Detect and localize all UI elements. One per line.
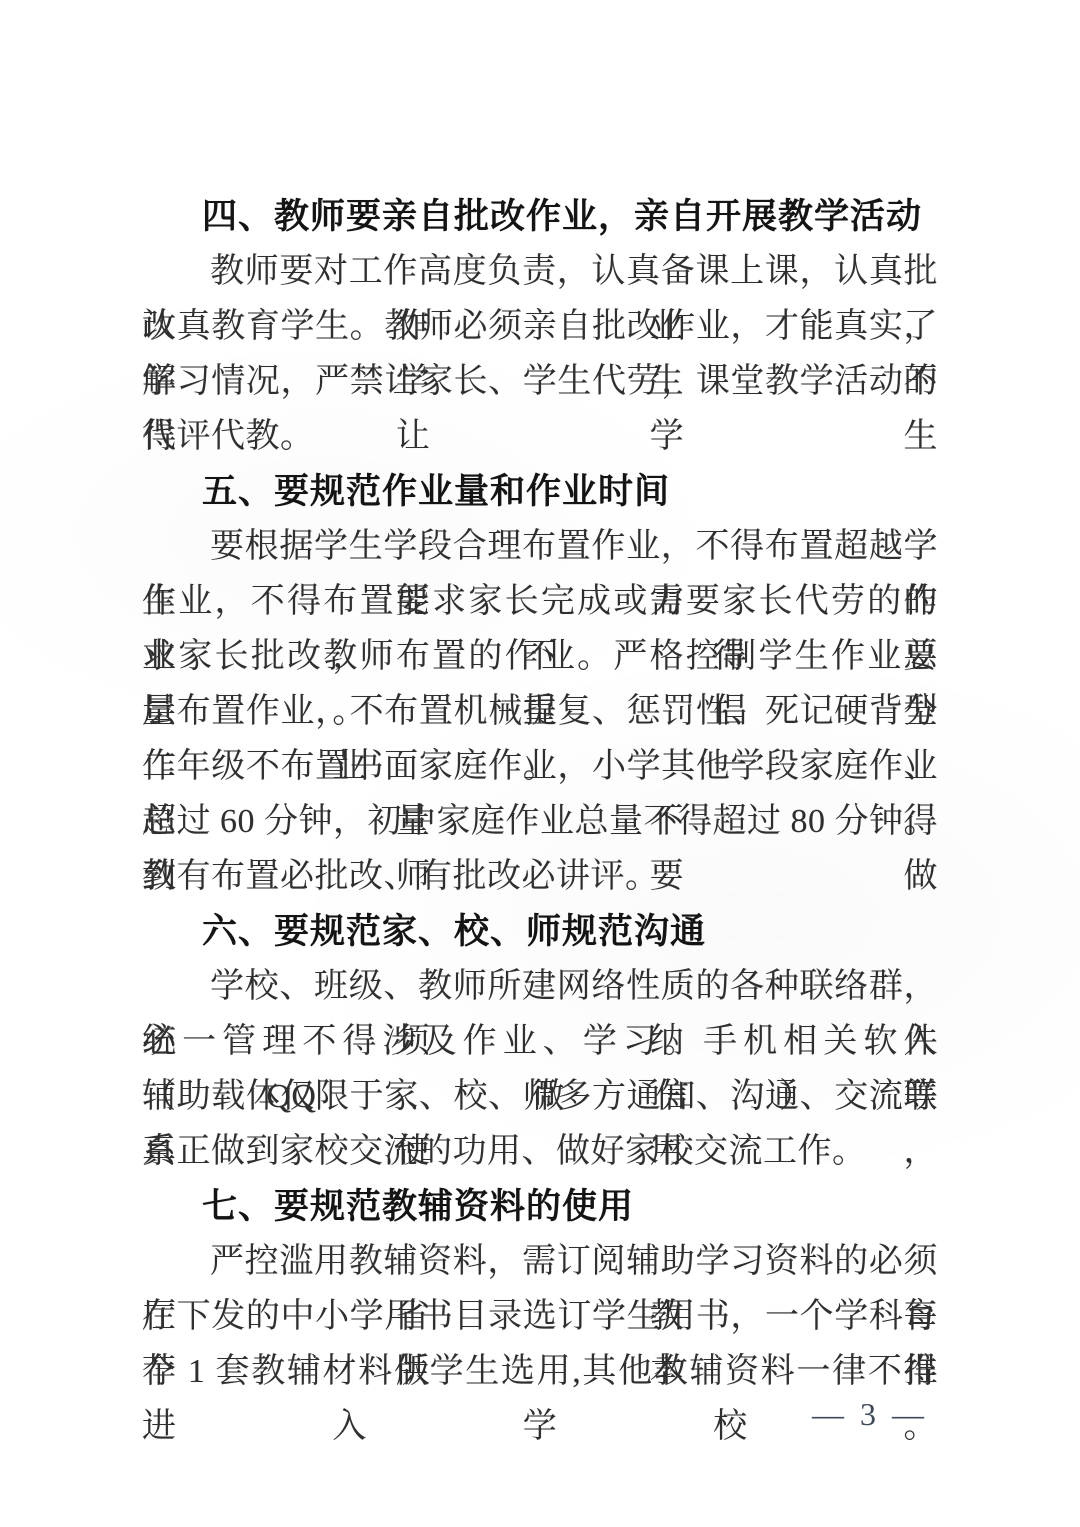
section-4-heading: 四、教师要亲自批改作业，亲自开展教学活动 [142,189,938,244]
scanned-document-page: 四、教师要亲自批改作业，亲自开展教学活动 教师要对工作高度负责，认真备课上课，认… [0,0,1080,1527]
text-line: 层布置作业，不布置机械重复、惩罚性、死记硬背型作业。一、 [142,684,938,739]
document-body: 四、教师要亲自批改作业，亲自开展教学活动 教师要对工作高度负责，认真备课上课，认… [142,189,938,1399]
text-line: 求家长批改教师布置的作业。严格控制学生作业总量。提倡分 [142,629,938,684]
text-line: 二年级不布置书面家庭作业，小学其他学段家庭作业总量不得 [142,739,938,794]
section-7-heading: 七、要规范教辅资料的使用 [142,1179,938,1234]
text-line: 作业，不得布置要求家长完成或需要家长代劳的作业，不得要 [142,574,938,629]
text-line: 辅助载体仅限于家、校、师多方通知、沟通、交流联系使用， [142,1069,938,1124]
text-line: 认真教育学生。教师必须亲自批改作业，才能真实了解学生的 [142,299,938,354]
text-line: 统一管理不得涉及作业、学习。手机相关软件（QQ、微信）等 [142,1014,938,1069]
text-line: 学校、班级、教师所建网络性质的各种联络群，必须纳入 [142,959,938,1014]
text-line: 厅下发的中小学用书目录选订学生用书，一个学科每个版本推 [142,1289,938,1344]
text-line: 荐 1 套教辅材料供学生选用,其他教辅资料一律不得进入学校。 [142,1344,938,1399]
text-line: 超过 60 分钟，初中家庭作业总量不得超过 80 分钟。教师要做 [142,794,938,849]
text-line: 严控滥用教辅资料，需订阅辅助学习资料的必须在省教育 [142,1234,938,1289]
text-line: 学习情况，严禁让家长、学生代劳，课堂教学活动不得让学生 [142,354,938,409]
text-line: 真正做到家校交流的功用、做好家校交流工作。 [142,1124,938,1179]
text-line: 教师要对工作高度负责，认真备课上课，认真批改作业， [142,244,938,299]
page-number: — 3 — [812,1392,928,1436]
section-6-heading: 六、要规范家、校、师规范沟通 [142,904,938,959]
section-5-heading: 五、要规范作业量和作业时间 [142,464,938,519]
text-line: 要根据学生学段合理布置作业，不得布置超越学生能力的 [142,519,938,574]
